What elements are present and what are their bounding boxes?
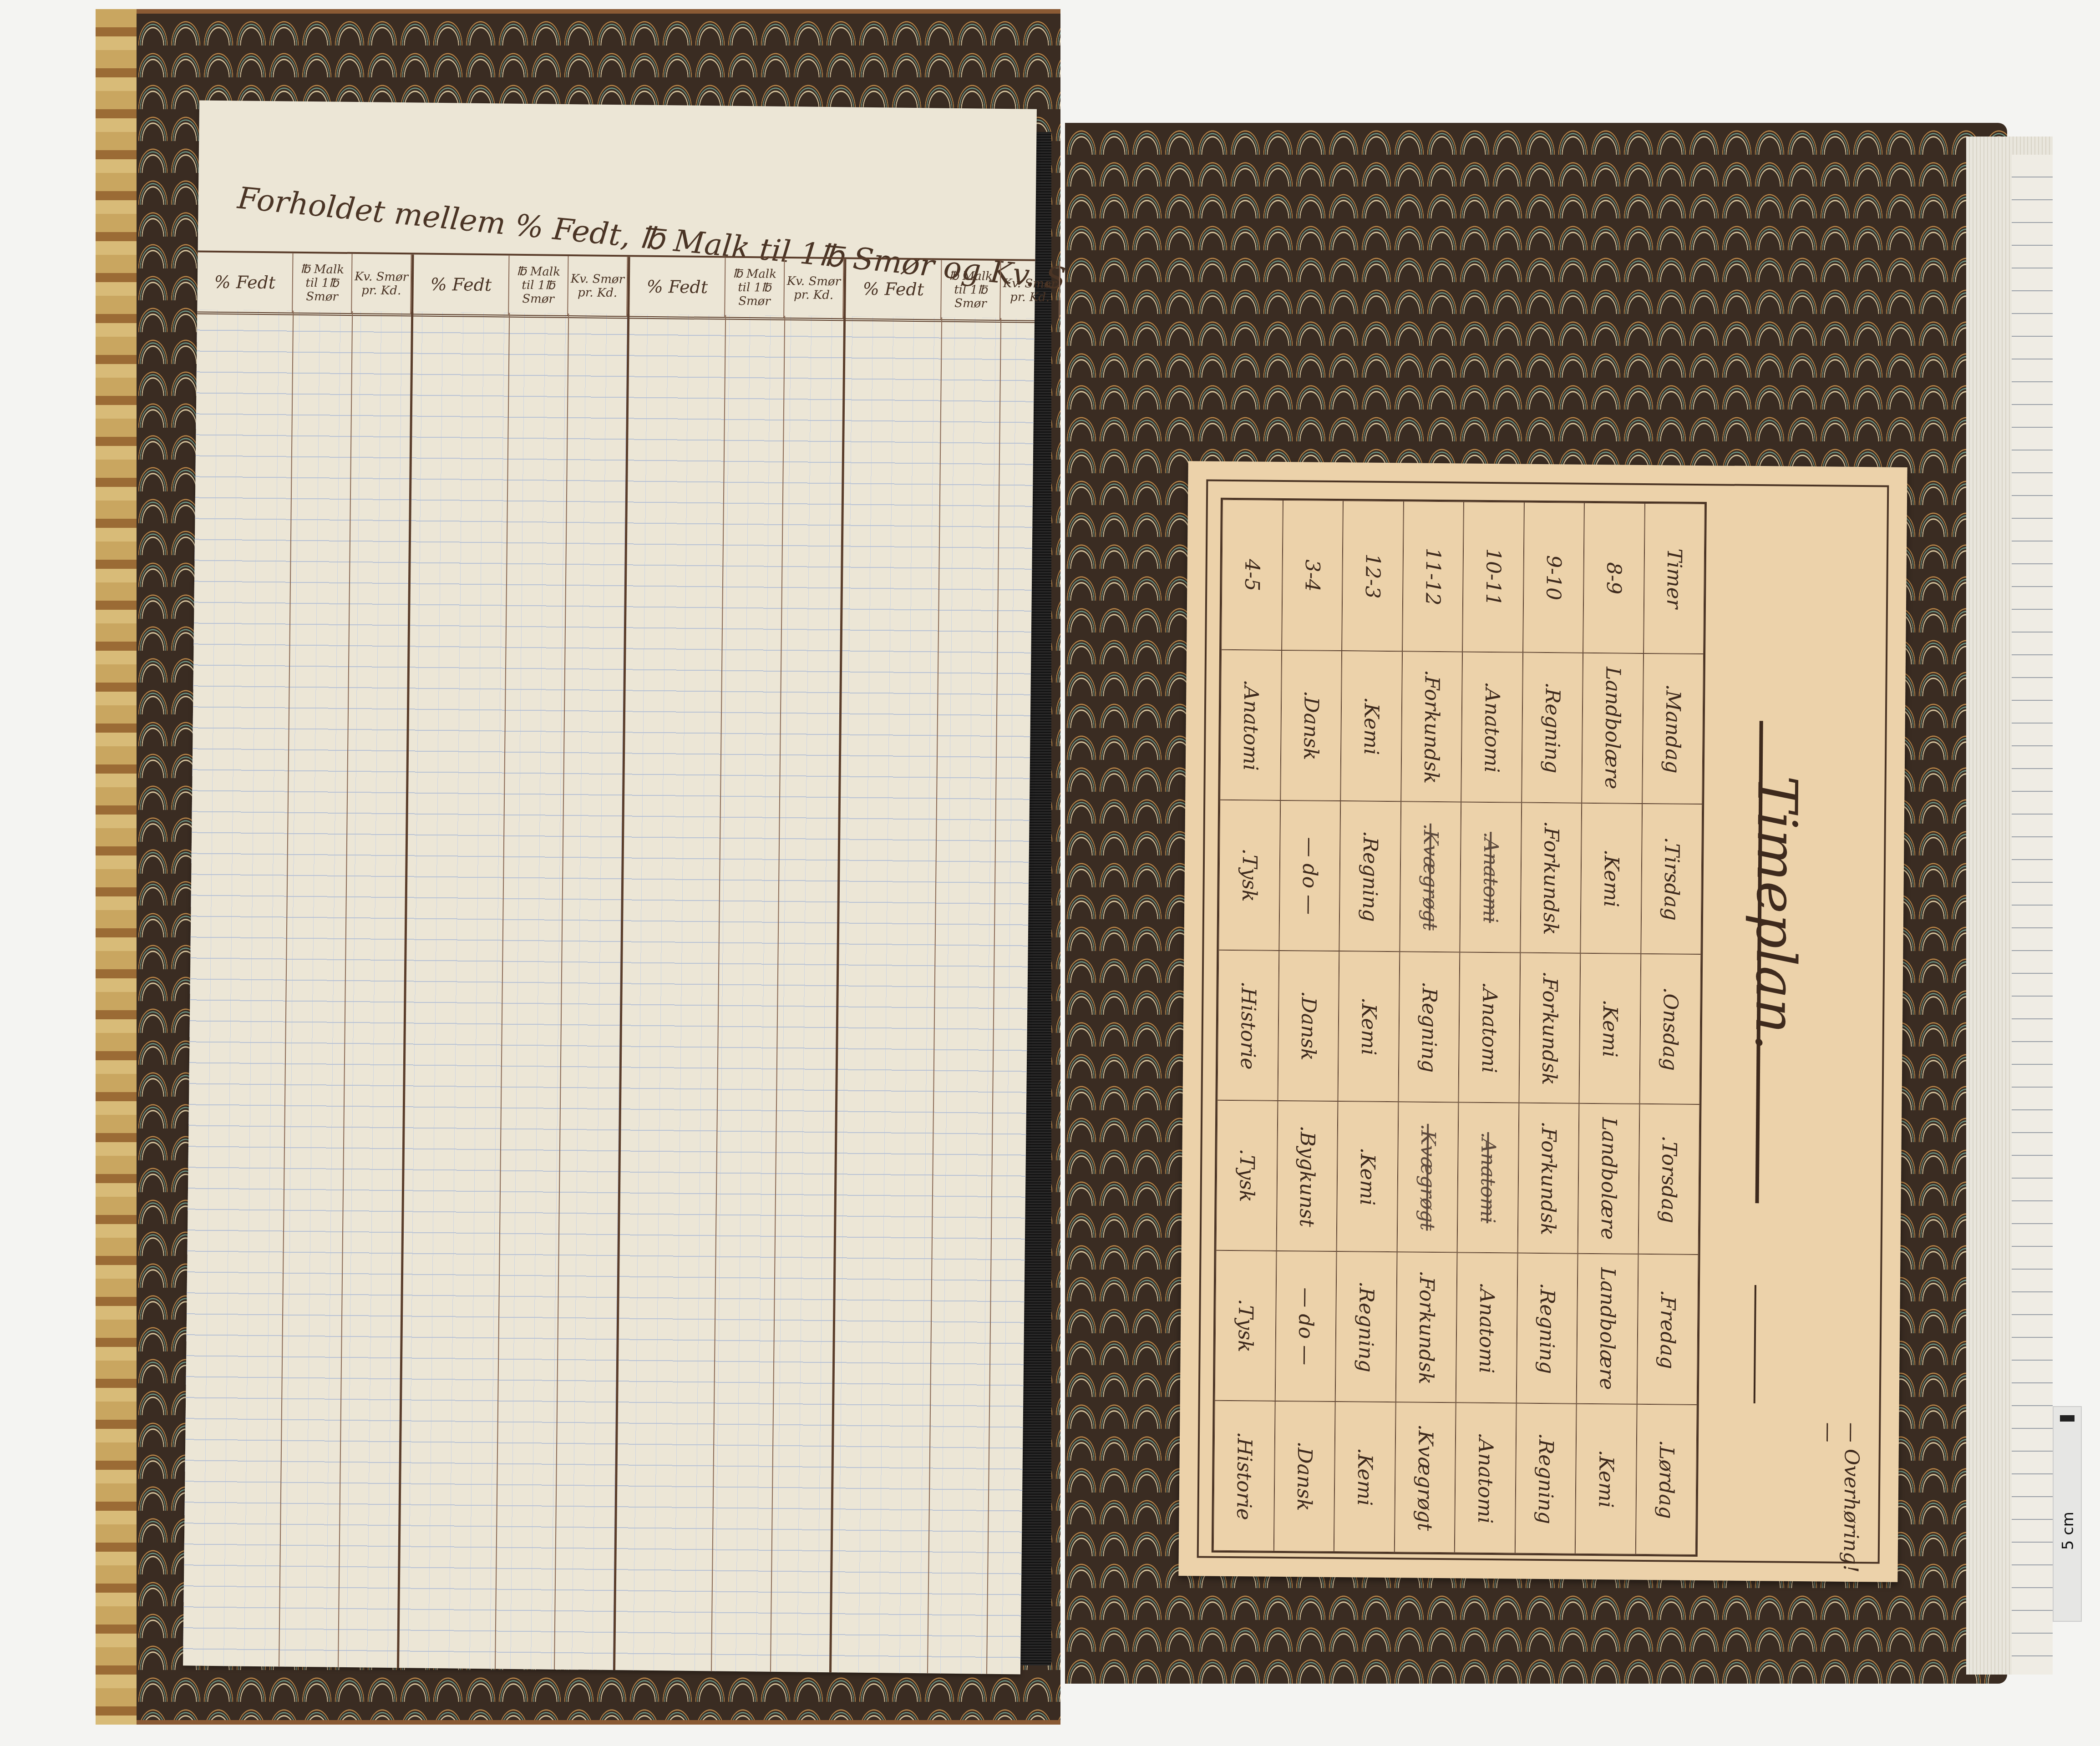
lesson-cell: Kemi. bbox=[1338, 951, 1399, 1102]
timetable-header-cell: Timer bbox=[1643, 503, 1705, 654]
lesson-cell: Historie. bbox=[1213, 1401, 1275, 1551]
lesson-cell-struck: Anatomi. bbox=[1457, 1102, 1519, 1253]
lesson-cell-struck: Anatomi. bbox=[1460, 802, 1521, 952]
lesson-cell: Regning. bbox=[1339, 801, 1400, 951]
day-header-torsdag: Torsdag. bbox=[1638, 1104, 1699, 1255]
time-cell: 12-3 bbox=[1342, 501, 1403, 651]
lesson-cell: Forkundsk. bbox=[1517, 1103, 1579, 1254]
lesson-cell: Historie. bbox=[1217, 950, 1278, 1101]
ledger-grid bbox=[183, 309, 1035, 1674]
lesson-cell: Tysk. bbox=[1218, 800, 1280, 951]
card-title: Timeplan. bbox=[1743, 775, 1808, 1052]
ledger-column-group: % Fedt ℔ Malk til 1℔ Smør Kv. Smør pr. K… bbox=[629, 257, 846, 318]
header-kv: Kv. Smør pr. Kd. bbox=[1000, 261, 1060, 320]
day-header-lordag: Lørdag. bbox=[1635, 1404, 1697, 1555]
lesson-cell: Regning. bbox=[1522, 653, 1583, 803]
lesson-cell: Dansk. bbox=[1278, 951, 1339, 1101]
header-fedt: % Fedt bbox=[197, 252, 293, 312]
lesson-cell: Regning. bbox=[1398, 951, 1460, 1102]
lesson-cell: Dansk. bbox=[1280, 650, 1342, 801]
ledger-column-group: % Fedt ℔ Malk til 1℔ Smør Kv. Smør pr. K… bbox=[846, 259, 1060, 320]
header-fedt: % Fedt bbox=[629, 257, 725, 317]
lesson-cell: Dansk. bbox=[1273, 1401, 1335, 1552]
lesson-cell: Anatomi. bbox=[1461, 652, 1522, 802]
time-cell: 10-11 bbox=[1462, 501, 1524, 652]
scale-tick bbox=[2060, 1415, 2075, 1422]
day-header-onsdag: Onsdag. bbox=[1639, 954, 1701, 1104]
lesson-cell: Landbolære bbox=[1582, 653, 1643, 804]
lesson-cell: Tysk. bbox=[1215, 1250, 1276, 1401]
lesson-cell: Forkundsk. bbox=[1520, 803, 1582, 953]
day-header-mandag: Mandag. bbox=[1642, 653, 1704, 804]
lesson-cell: Regning. bbox=[1515, 1403, 1576, 1554]
lesson-cell: — do — bbox=[1275, 1251, 1336, 1402]
scale-label: 5 cm bbox=[2059, 1512, 2077, 1550]
lesson-cell: Kemi. bbox=[1334, 1402, 1395, 1552]
lesson-cell: Regning. bbox=[1516, 1253, 1578, 1404]
day-header-tirsdag: Tirsdag. bbox=[1641, 804, 1702, 954]
lesson-cell: Kemi. bbox=[1579, 953, 1640, 1104]
time-cell: 3-4 bbox=[1282, 500, 1343, 651]
header-fedt: % Fedt bbox=[413, 254, 509, 314]
lesson-cell: Anatomi. bbox=[1455, 1402, 1516, 1553]
header-malk: ℔ Malk til 1℔ Smør bbox=[293, 253, 352, 313]
header-malk: ℔ Malk til 1℔ Smør bbox=[509, 256, 568, 315]
lesson-cell: Kvægrøgt. bbox=[1394, 1402, 1456, 1553]
lesson-cell: Anatomi. bbox=[1456, 1252, 1517, 1403]
header-kv: Kv. Smør pr. Kd. bbox=[784, 258, 844, 318]
page-block-edge bbox=[1966, 137, 2053, 1675]
day-header-fredag: Fredag. bbox=[1637, 1254, 1698, 1405]
lesson-cell: Anatomi. bbox=[1220, 650, 1281, 800]
lesson-cell: Kemi. bbox=[1575, 1404, 1637, 1554]
ledger-column-group: % Fedt ℔ Malk til 1℔ Smør Kv. Smør pr. K… bbox=[413, 254, 630, 316]
time-cell: 8-9 bbox=[1583, 503, 1644, 653]
timetable-grid: Timer 8-9 9-10 10-11 11-12 12-3 3-4 4-5 … bbox=[1212, 498, 1707, 1557]
header-malk: ℔ Malk til 1℔ Smør bbox=[941, 260, 1001, 320]
ledger-header-row: % Fedt ℔ Malk til 1℔ Smør Kv. Smør pr. K… bbox=[197, 250, 1035, 323]
lesson-cell-struck: Kvægrøgt. bbox=[1397, 1102, 1458, 1252]
lesson-cell: Forkundsk. bbox=[1395, 1252, 1457, 1402]
lesson-cell: Kemi. bbox=[1340, 651, 1402, 801]
header-kv: Kv. Smør pr. Kd. bbox=[352, 254, 411, 314]
scale-bar: 5 cm bbox=[2053, 1406, 2082, 1622]
lesson-cell: Landbolære bbox=[1578, 1103, 1639, 1254]
leather-spine-edge bbox=[96, 9, 137, 1725]
header-kv: Kv. Smør pr. Kd. bbox=[568, 256, 628, 316]
lesson-cell: — do — bbox=[1279, 800, 1340, 951]
ledger-page: Forholdet mellem % Fedt, ℔ Malk til 1℔ S… bbox=[183, 100, 1037, 1674]
lesson-cell: Landbolære bbox=[1577, 1254, 1638, 1404]
lesson-cell-struck: Kvægrøgt. bbox=[1400, 801, 1461, 952]
timetable-card: Timer 8-9 9-10 10-11 11-12 12-3 3-4 4-5 … bbox=[1178, 461, 1907, 1582]
header-malk: ℔ Malk til 1℔ Smør bbox=[725, 258, 785, 318]
ledger-column-group: % Fedt ℔ Malk til 1℔ Smør Kv. Smør pr. K… bbox=[197, 252, 414, 314]
card-note: — Overhøring! — bbox=[1816, 1422, 1863, 1582]
time-cell: 11-12 bbox=[1402, 501, 1464, 652]
lesson-cell: Forkundsk. bbox=[1519, 953, 1580, 1103]
lesson-cell: Regning. bbox=[1335, 1251, 1397, 1402]
lesson-cell: Bygkunst. bbox=[1276, 1101, 1338, 1251]
lesson-cell: Anatomi. bbox=[1458, 952, 1520, 1103]
time-cell: 9-10 bbox=[1523, 502, 1584, 653]
time-cell: 4-5 bbox=[1221, 500, 1283, 650]
lesson-cell: Forkundsk. bbox=[1401, 651, 1462, 802]
index-tabs bbox=[2012, 155, 2053, 1675]
lesson-cell: Kemi. bbox=[1580, 803, 1642, 954]
header-fedt: % Fedt bbox=[846, 259, 942, 319]
lesson-cell: Tysk. bbox=[1216, 1100, 1278, 1251]
lesson-cell: Kemi. bbox=[1337, 1101, 1398, 1252]
